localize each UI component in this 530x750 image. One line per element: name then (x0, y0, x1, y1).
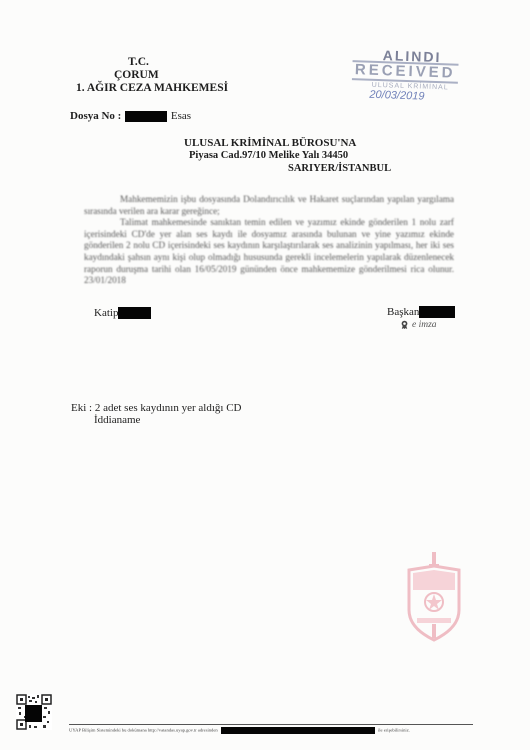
document-page: T.C. ÇORUM 1. AĞIR CEZA MAHKEMESİ Dosya … (0, 0, 530, 750)
redacted-footer-code (221, 727, 375, 734)
stamp-received: RECEIVED (352, 60, 459, 84)
letter-body: Mahkememizin işbu dosyasında Dolandırıcı… (84, 194, 454, 287)
redacted-file-number (125, 111, 167, 122)
clerk-label: Katip (94, 307, 118, 319)
attachments: Eki : 2 adet ses kaydının yer aldığı CD (71, 402, 241, 414)
redacted-clerk-name (118, 307, 151, 319)
judge-signature: Başkan (387, 306, 455, 318)
header-court: 1. AĞIR CEZA MAHKEMESİ (76, 82, 228, 94)
footer-text-right: ile erişebilirsiniz. (378, 728, 410, 733)
stamp-date: 20/03/2019 (369, 89, 424, 103)
received-stamp: ALINDI RECEIVED ULUSAL KRİMİNAL 20/03/20… (351, 46, 463, 110)
file-number: Dosya No : Esas (70, 110, 191, 122)
qr-code-icon (16, 694, 52, 730)
attachment-item-2: İddianame (94, 414, 140, 426)
body-paragraph-2: Talimat mahkemesinde sanıktan temin edil… (84, 217, 454, 287)
header-city: ÇORUM (114, 69, 159, 81)
redacted-judge-name (419, 306, 455, 318)
judge-label: Başkan (387, 306, 419, 318)
ribbon-seal-icon (400, 320, 409, 329)
clerk-signature: Katip (94, 307, 151, 319)
footer-rule (69, 724, 473, 725)
footer-text: UYAP Bilişim Sistemindeki bu dokümana ht… (69, 727, 410, 734)
attachments-label: Eki : (71, 402, 92, 414)
header-tc: T.C. (128, 56, 149, 68)
attachment-item-1: 2 adet ses kaydının yer aldığı CD (95, 402, 242, 414)
recipient-address: Piyasa Cad.97/10 Melike Yalı 34450 (189, 150, 348, 161)
esign-label: e imza (412, 320, 437, 330)
file-number-suffix: Esas (171, 110, 191, 122)
esign-mark: e imza (400, 320, 437, 330)
recipient-name: ULUSAL KRİMİNAL BÜROSU'NA (184, 137, 356, 149)
file-number-label: Dosya No : (70, 110, 121, 122)
footer-text-left: UYAP Bilişim Sistemindeki bu dokümana ht… (69, 728, 218, 733)
recipient-city: SARIYER/İSTANBUL (288, 163, 391, 174)
police-shield-emblem-icon (403, 550, 465, 645)
body-paragraph-1: Mahkememizin işbu dosyasında Dolandırıcı… (84, 194, 454, 217)
